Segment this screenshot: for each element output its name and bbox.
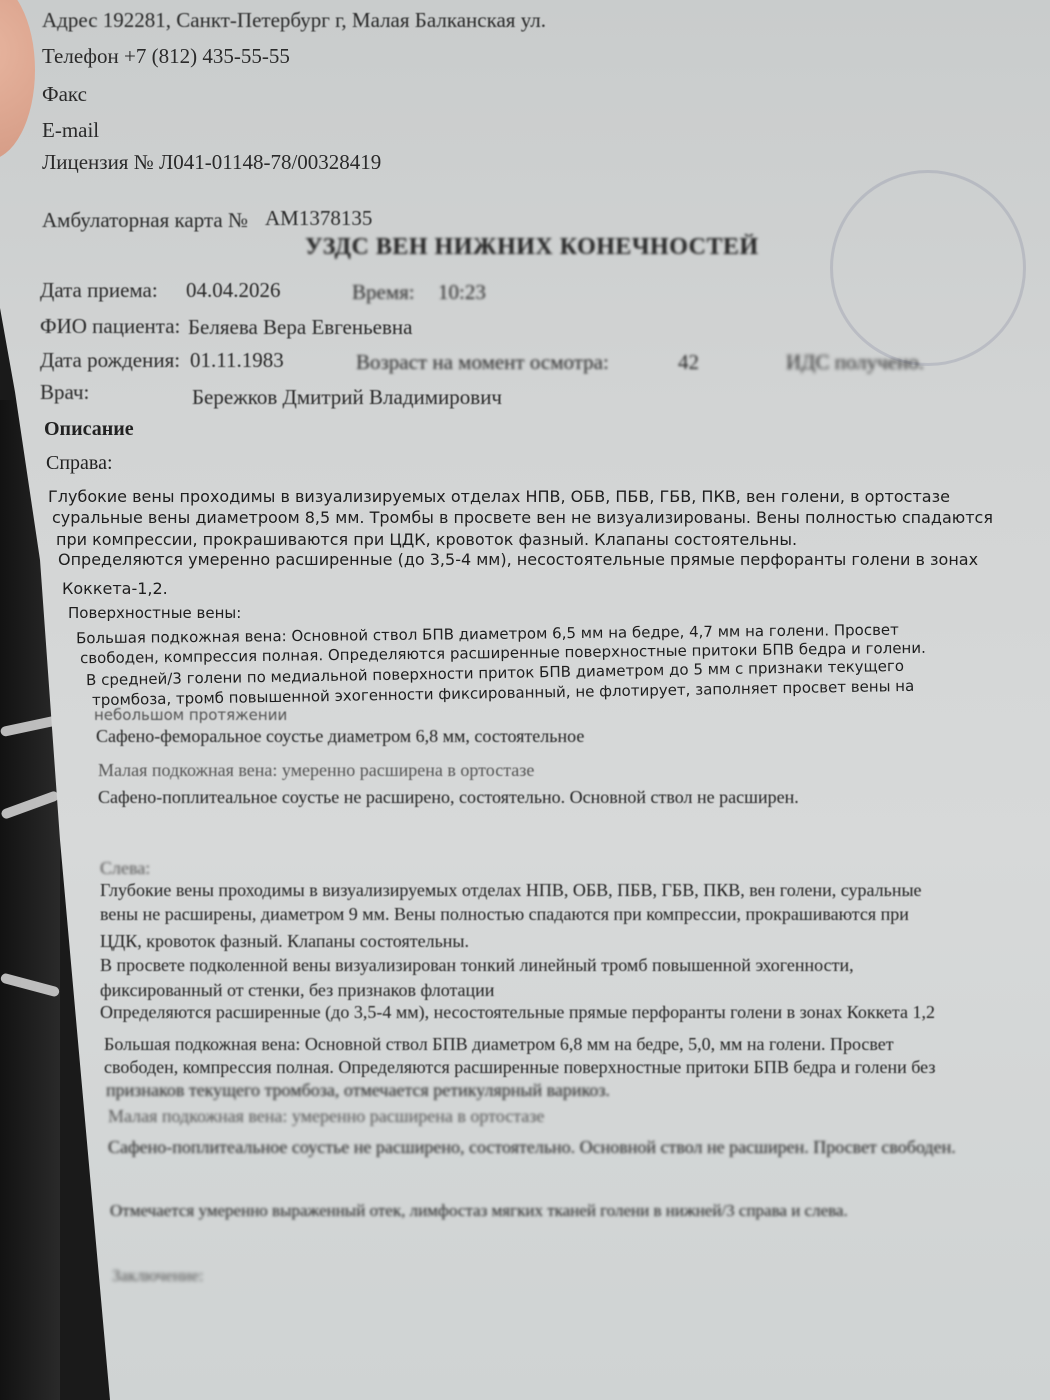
right-deep-line: суральные вены диаметроом 8,5 мм. Тромбы… <box>52 508 993 527</box>
left-ssv: Малая подкожная вена: умеренно расширена… <box>108 1106 544 1127</box>
right-sfj: Сафено-феморальное соустье диаметром 6,8… <box>96 726 584 747</box>
left-side-label: Слева: <box>100 858 150 879</box>
right-spj: Сафено-поплитеальное соустье не расширен… <box>98 787 799 808</box>
card-label: Амбулаторная карта № <box>42 208 248 233</box>
clinic-address: Адрес 192281, Санкт-Петербург г, Малая Б… <box>42 8 546 33</box>
right-gsv-line: небольшом протяжении <box>94 706 287 724</box>
doctor-name: Бережков Дмитрий Владимирович <box>192 385 502 410</box>
document-title: УЗДС ВЕН НИЖНИХ КОНЕЧНОСТЕЙ <box>305 234 759 261</box>
right-deep-line: Глубокие вены проходимы в визуализируемы… <box>48 487 950 506</box>
left-spj: Сафено-поплитеальное соустье не расширен… <box>108 1137 956 1158</box>
visit-date: 04.04.2026 <box>186 278 281 303</box>
left-gsv-line: свободен, компрессия полная. Определяютс… <box>104 1057 935 1078</box>
visit-time-label: Время: <box>352 280 415 305</box>
clinic-email: E-mail <box>42 118 99 143</box>
patient-name: Беляева Вера Евгеньевна <box>188 315 412 340</box>
clinic-license: Лицензия № Л041-01148-78/00328419 <box>42 150 381 175</box>
right-deep-line: Определяются умеренно расширенные (до 3,… <box>58 550 978 569</box>
clinic-phone: Телефон +7 (812) 435-55-55 <box>42 44 290 69</box>
left-deep-line: Глубокие вены проходимы в визуализируемы… <box>100 880 922 901</box>
left-deep-line: ЦДК, кровоток фазный. Клапаны состоятель… <box>100 931 469 952</box>
right-superficial-label: Поверхностные вены: <box>68 604 241 622</box>
card-number: АМ1378135 <box>265 206 372 231</box>
dob-value: 01.11.1983 <box>190 348 284 373</box>
left-deep-line: вены не расширены, диаметром 9 мм. Вены … <box>100 904 909 925</box>
stamp-mark <box>830 170 1026 366</box>
clinic-fax: Факс <box>42 82 87 107</box>
right-side-label: Справа: <box>46 452 113 475</box>
ids-status: ИДС получено. <box>786 350 924 375</box>
conclusion-label: Заключение: <box>112 1266 203 1286</box>
left-deep-line: В просвете подколенной вены визуализиров… <box>100 955 854 976</box>
description-heading: Описание <box>44 418 134 441</box>
left-deep-line: Определяются расширенные (до 3,5-4 мм), … <box>100 1002 935 1023</box>
left-deep-line: фиксированный от стенки, без признаков ф… <box>100 980 494 1001</box>
visit-date-label: Дата приема: <box>40 278 158 303</box>
age-label: Возраст на момент осмотра: <box>356 350 609 375</box>
age-value: 42 <box>678 350 699 375</box>
doctor-label: Врач: <box>40 380 89 405</box>
left-gsv-line: Большая подкожная вена: Основной ствол Б… <box>104 1034 894 1055</box>
patient-label: ФИО пациента: <box>40 314 180 339</box>
document-page: Адрес 192281, Санкт-Петербург г, Малая Б… <box>0 0 1050 1400</box>
dob-label: Дата рождения: <box>40 348 180 373</box>
left-gsv-line: признаков текущего тромбоза, отмечается … <box>106 1080 610 1101</box>
right-deep-line: Коккета-1,2. <box>62 579 168 598</box>
right-ssv: Малая подкожная вена: умеренно расширена… <box>98 760 534 781</box>
right-deep-line: при компрессии, прокрашиваются при ЦДК, … <box>56 530 797 549</box>
visit-time: 10:23 <box>438 280 486 305</box>
edema-note: Отмечается умеренно выраженный отек, лим… <box>110 1201 848 1221</box>
